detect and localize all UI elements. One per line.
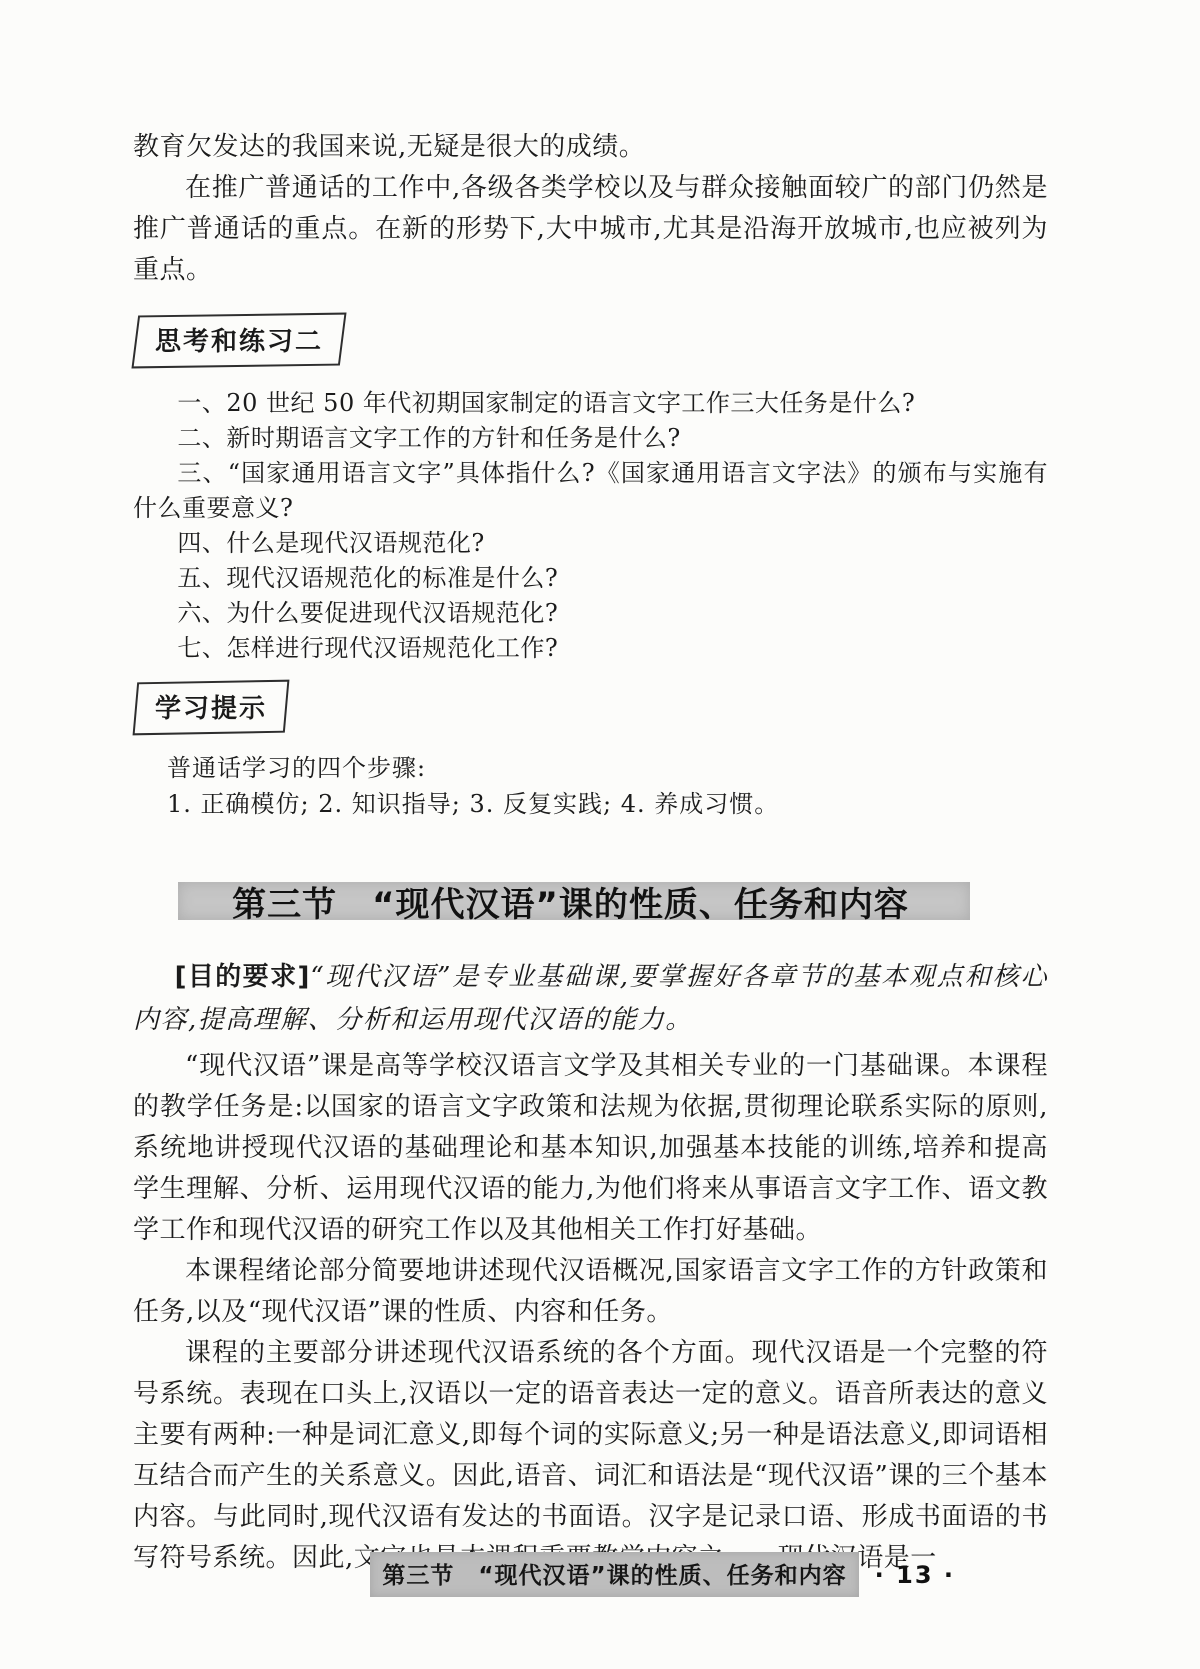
- study-tips-label: 学习提示: [155, 694, 267, 724]
- course-paragraph: 课程的主要部分讲述现代汉语系统的各个方面。现代汉语是一个完整的符号系统。表现在口…: [133, 1333, 1048, 1579]
- objective-label: [目的要求]: [175, 962, 311, 992]
- study-tips-content: 普通话学习的四个步骤: 1. 正确模仿; 2. 知识指导; 3. 反复实践; 4…: [133, 750, 1048, 822]
- question-item: 六、为什么要促进现代汉语规范化?: [133, 596, 1048, 631]
- textbook-page: 教育欠发达的我国来说,无疑是很大的成绩。 在推广普通话的工作中,各级各类学校以及…: [0, 0, 1200, 1669]
- section-header: 第三节 “现代汉语”课的性质、任务和内容: [133, 882, 1048, 928]
- objective-paragraph: [目的要求]“现代汉语”是专业基础课,要掌握好各章节的基本观点和核心内容,提高理…: [133, 956, 1048, 1042]
- page-content: 教育欠发达的我国来说,无疑是很大的成绩。 在推广普通话的工作中,各级各类学校以及…: [133, 0, 1048, 1579]
- question-item: 一、20 世纪 50 年代初期国家制定的语言文字工作三大任务是什么?: [133, 386, 1048, 421]
- paragraph-promote-putonghua: 在推广普通话的工作中,各级各类学校以及与群众接触面较广的部门仍然是推广普通话的重…: [133, 168, 1048, 291]
- course-paragraph: 本课程绪论部分简要地讲述现代汉语概况,国家语言文字工作的方针政策和任务,以及“现…: [133, 1251, 1048, 1333]
- question-item: 七、怎样进行现代汉语规范化工作?: [133, 631, 1048, 666]
- question-item: 二、新时期语言文字工作的方针和任务是什么?: [133, 421, 1048, 456]
- footer-section-label: 第三节 “现代汉语”课的性质、任务和内容: [370, 1552, 858, 1597]
- exercises-label-box: 思考和练习二: [135, 314, 343, 367]
- tips-intro-line: 普通话学习的四个步骤:: [133, 750, 1048, 786]
- section-heading: 第三节 “现代汉语”课的性质、任务和内容: [133, 883, 1008, 927]
- paragraph-continuation: 教育欠发达的我国来说,无疑是很大的成绩。: [133, 0, 1048, 168]
- question-item: 三、“国家通用语言文字”具体指什么?《国家通用语言文字法》的颁布与实施有什么重要…: [133, 456, 1048, 526]
- study-tips-label-box: 学习提示: [135, 681, 287, 734]
- course-paragraphs: “现代汉语”课是高等学校汉语言文学及其相关专业的一门基础课。本课程的教学任务是:…: [133, 1046, 1048, 1579]
- exercises-question-list: 一、20 世纪 50 年代初期国家制定的语言文字工作三大任务是什么? 二、新时期…: [133, 386, 1048, 666]
- course-paragraph: “现代汉语”课是高等学校汉语言文学及其相关专业的一门基础课。本课程的教学任务是:…: [133, 1046, 1048, 1251]
- question-item: 五、现代汉语规范化的标准是什么?: [133, 561, 1048, 596]
- question-item: 四、什么是现代汉语规范化?: [133, 526, 1048, 561]
- footer-page-number: · 13 ·: [875, 1561, 955, 1589]
- exercises-label: 思考和练习二: [155, 327, 323, 357]
- page-footer: 第三节 “现代汉语”课的性质、任务和内容 · 13 ·: [0, 1552, 1200, 1597]
- tips-steps-line: 1. 正确模仿; 2. 知识指导; 3. 反复实践; 4. 养成习惯。: [133, 786, 1048, 822]
